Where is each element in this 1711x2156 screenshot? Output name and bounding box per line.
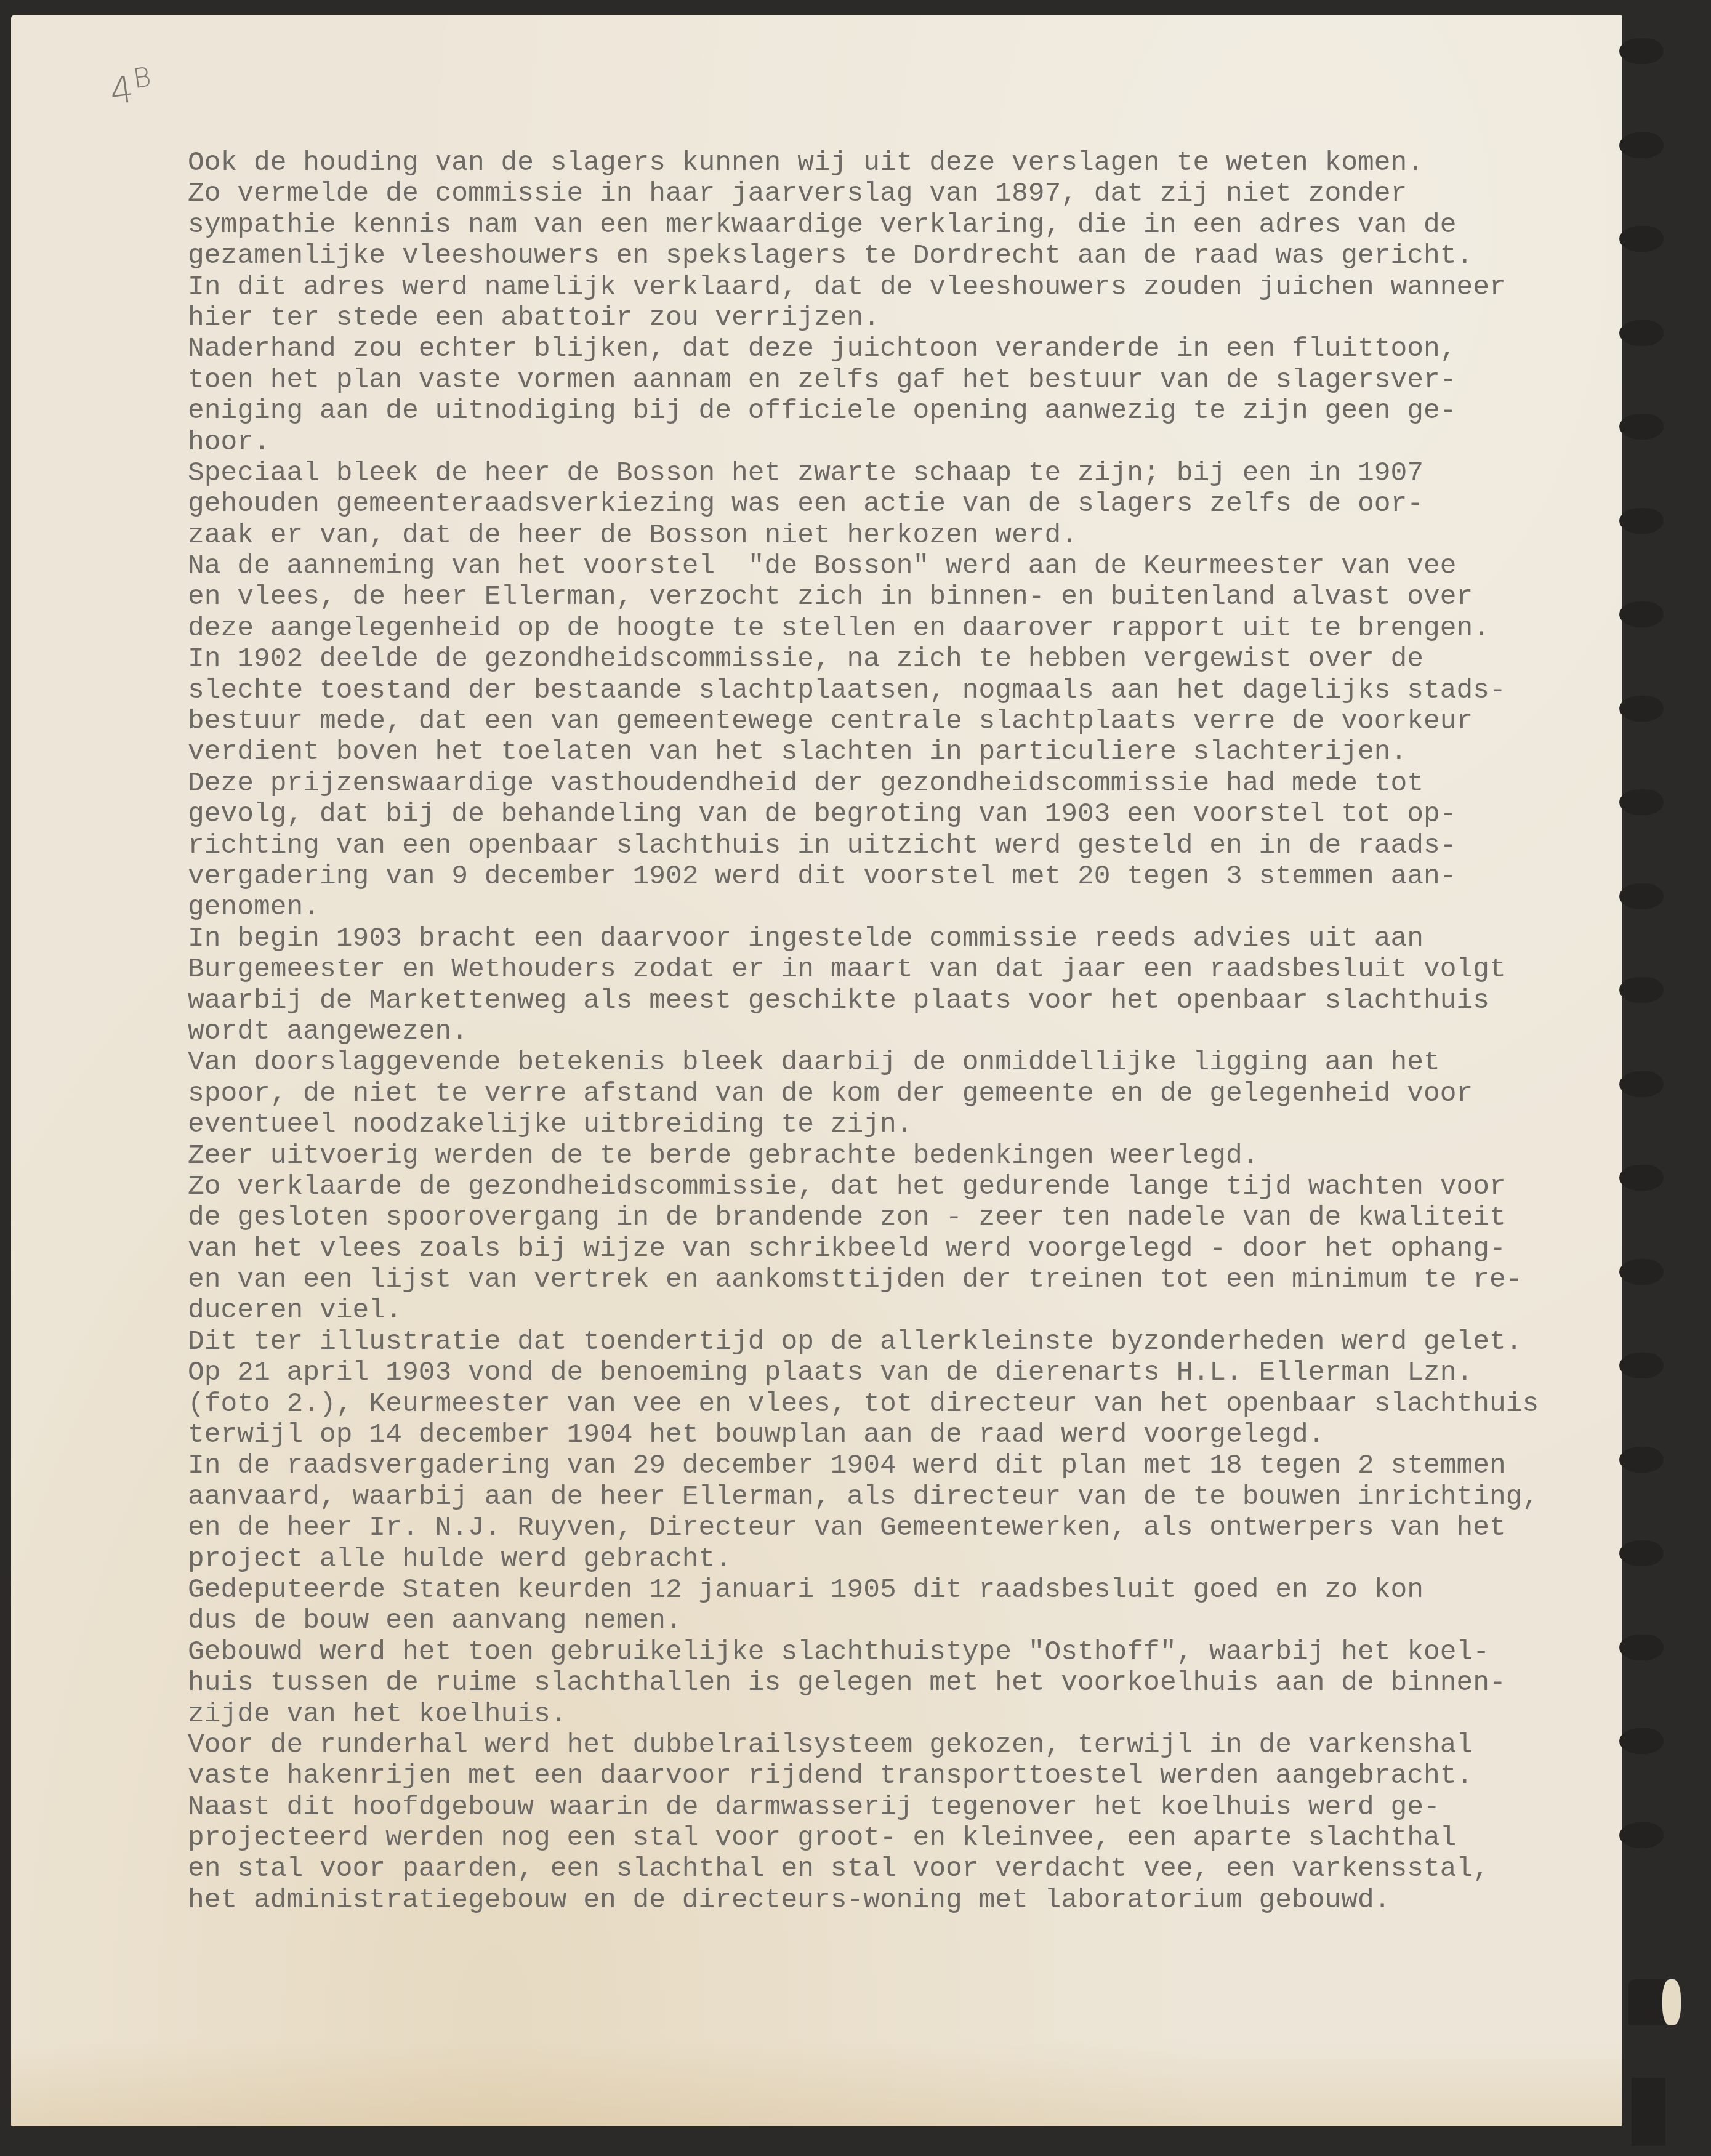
text-line: duceren viel. (188, 1295, 1539, 1326)
text-line: sympathie kennis nam van een merkwaardig… (188, 210, 1539, 241)
binding-hole-icon (1619, 883, 1664, 909)
text-line: Deze prijzenswaardige vasthoudendheid de… (188, 768, 1539, 799)
page-number-suffix: B (131, 61, 155, 95)
text-line: Gedeputeerde Staten keurden 12 januari 1… (188, 1575, 1539, 1606)
text-line: gevolg, dat bij de behandeling van de be… (188, 799, 1539, 830)
binding-hole-icon (1619, 977, 1664, 1003)
text-line: Ook de houding van de slagers kunnen wij… (188, 148, 1539, 179)
text-line: van het vlees zoals bij wijze van schrik… (188, 1234, 1539, 1265)
binding-hole-icon (1619, 1071, 1664, 1097)
binding-hole-icon (1619, 1635, 1664, 1660)
text-line: gezamenlijke vleeshouwers en spekslagers… (188, 241, 1539, 272)
text-line: richting van een openbaar slachthuis in … (188, 831, 1539, 861)
text-line: dus de bouw een aanvang nemen. (188, 1606, 1539, 1636)
text-line: Naast dit hoofdgebouw waarin de darmwass… (188, 1792, 1539, 1823)
water-stain (11, 2040, 1622, 2126)
binding-hole-icon (1619, 1822, 1664, 1848)
text-line: deze aangelegenheid op de hoogte te stel… (188, 613, 1539, 644)
text-line: Gebouwd werd het toen gebruikelijke slac… (188, 1637, 1539, 1668)
text-line: de gesloten spoorovergang in de brandend… (188, 1202, 1539, 1233)
torn-hole-icon (1632, 2078, 1665, 2146)
text-line: vergadering van 9 december 1902 werd dit… (188, 861, 1539, 892)
binding-hole-icon (1619, 601, 1664, 627)
text-line: hoor. (188, 427, 1539, 458)
binding-hole-icon (1619, 38, 1664, 64)
binding-hole-icon (1619, 1728, 1664, 1754)
paper-scrap (1662, 1979, 1681, 2025)
text-line: (foto 2.), Keurmeester van vee en vlees,… (188, 1389, 1539, 1420)
binding-hole-icon (1619, 320, 1664, 346)
text-line: bestuur mede, dat een van gemeentewege c… (188, 706, 1539, 737)
text-line: slechte toestand der bestaande slachtpla… (188, 675, 1539, 706)
text-line: het administratiegebouw en de directeurs… (188, 1885, 1539, 1916)
text-line: zijde van het koelhuis. (188, 1699, 1539, 1730)
text-line: Van doorslaggevende betekenis bleek daar… (188, 1047, 1539, 1078)
text-line: toen het plan vaste vormen aannam en zel… (188, 365, 1539, 396)
binding-hole-icon (1619, 508, 1664, 534)
text-line: Dit ter illustratie dat toendertijd op d… (188, 1327, 1539, 1358)
text-line: spoor, de niet te verre afstand van de k… (188, 1079, 1539, 1109)
text-line: waarbij de Markettenweg als meest geschi… (188, 986, 1539, 1016)
text-line: genomen. (188, 892, 1539, 923)
binding-hole-icon (1619, 414, 1664, 440)
text-line: en vlees, de heer Ellerman, verzocht zic… (188, 582, 1539, 613)
text-line: vaste hakenrijen met een daarvoor rijden… (188, 1761, 1539, 1792)
binding-hole-icon (1619, 1259, 1664, 1285)
binding-hole-icon (1619, 226, 1664, 252)
handwritten-page-number: 4B (107, 61, 156, 113)
text-line: Voor de runderhal werd het dubbelrailsys… (188, 1730, 1539, 1761)
text-line: In begin 1903 bracht een daarvoor ingest… (188, 923, 1539, 954)
text-line: project alle hulde werd gebracht. (188, 1544, 1539, 1575)
text-line: hier ter stede een abattoir zou verrijze… (188, 303, 1539, 334)
text-line: en de heer Ir. N.J. Ruyven, Directeur va… (188, 1513, 1539, 1543)
text-line: Burgemeester en Wethouders zodat er in m… (188, 954, 1539, 985)
text-line: zaak er van, dat de heer de Bosson niet … (188, 520, 1539, 551)
text-line: verdient boven het toelaten van het slac… (188, 737, 1539, 768)
text-line: gehouden gemeenteraadsverkiezing was een… (188, 489, 1539, 520)
text-line: terwijl op 14 december 1904 het bouwplan… (188, 1420, 1539, 1450)
body-text: Ook de houding van de slagers kunnen wij… (188, 148, 1539, 1916)
text-line: en van een lijst van vertrek en aankomst… (188, 1265, 1539, 1295)
text-line: eventueel noodzakelijke uitbreiding te z… (188, 1109, 1539, 1140)
text-line: aanvaard, waarbij aan de heer Ellerman, … (188, 1482, 1539, 1513)
text-line: Naderhand zou echter blijken, dat deze j… (188, 334, 1539, 364)
text-line: In de raadsvergadering van 29 december 1… (188, 1450, 1539, 1481)
binding-holes (1619, 0, 1669, 2156)
text-line: Speciaal bleek de heer de Bosson het zwa… (188, 458, 1539, 489)
text-line: en stal voor paarden, een slachthal en s… (188, 1854, 1539, 1884)
text-line: Zo verklaarde de gezondheidscommissie, d… (188, 1172, 1539, 1202)
text-line: In dit adres werd namelijk verklaard, da… (188, 272, 1539, 303)
binding-hole-icon (1619, 1165, 1664, 1191)
text-line: Op 21 april 1903 vond de benoeming plaat… (188, 1358, 1539, 1388)
text-line: Zeer uitvoerig werden de te berde gebrac… (188, 1141, 1539, 1172)
binding-hole-icon (1619, 1353, 1664, 1378)
text-line: projecteerd werden nog een stal voor gro… (188, 1823, 1539, 1854)
binding-hole-icon (1619, 132, 1664, 158)
text-line: Na de aanneming van het voorstel "de Bos… (188, 551, 1539, 582)
text-line: wordt aangewezen. (188, 1016, 1539, 1047)
text-line: eniging aan de uitnodiging bij de offici… (188, 396, 1539, 427)
binding-hole-icon (1619, 1447, 1664, 1473)
binding-hole-icon (1619, 1540, 1664, 1566)
binding-hole-icon (1619, 696, 1664, 722)
text-line: huis tussen de ruime slachthallen is gel… (188, 1668, 1539, 1699)
text-line: In 1902 deelde de gezondheidscommissie, … (188, 644, 1539, 675)
text-line: Zo vermelde de commissie in haar jaarver… (188, 179, 1539, 209)
torn-hole-icon (1628, 1979, 1665, 2025)
binding-hole-icon (1619, 789, 1664, 815)
